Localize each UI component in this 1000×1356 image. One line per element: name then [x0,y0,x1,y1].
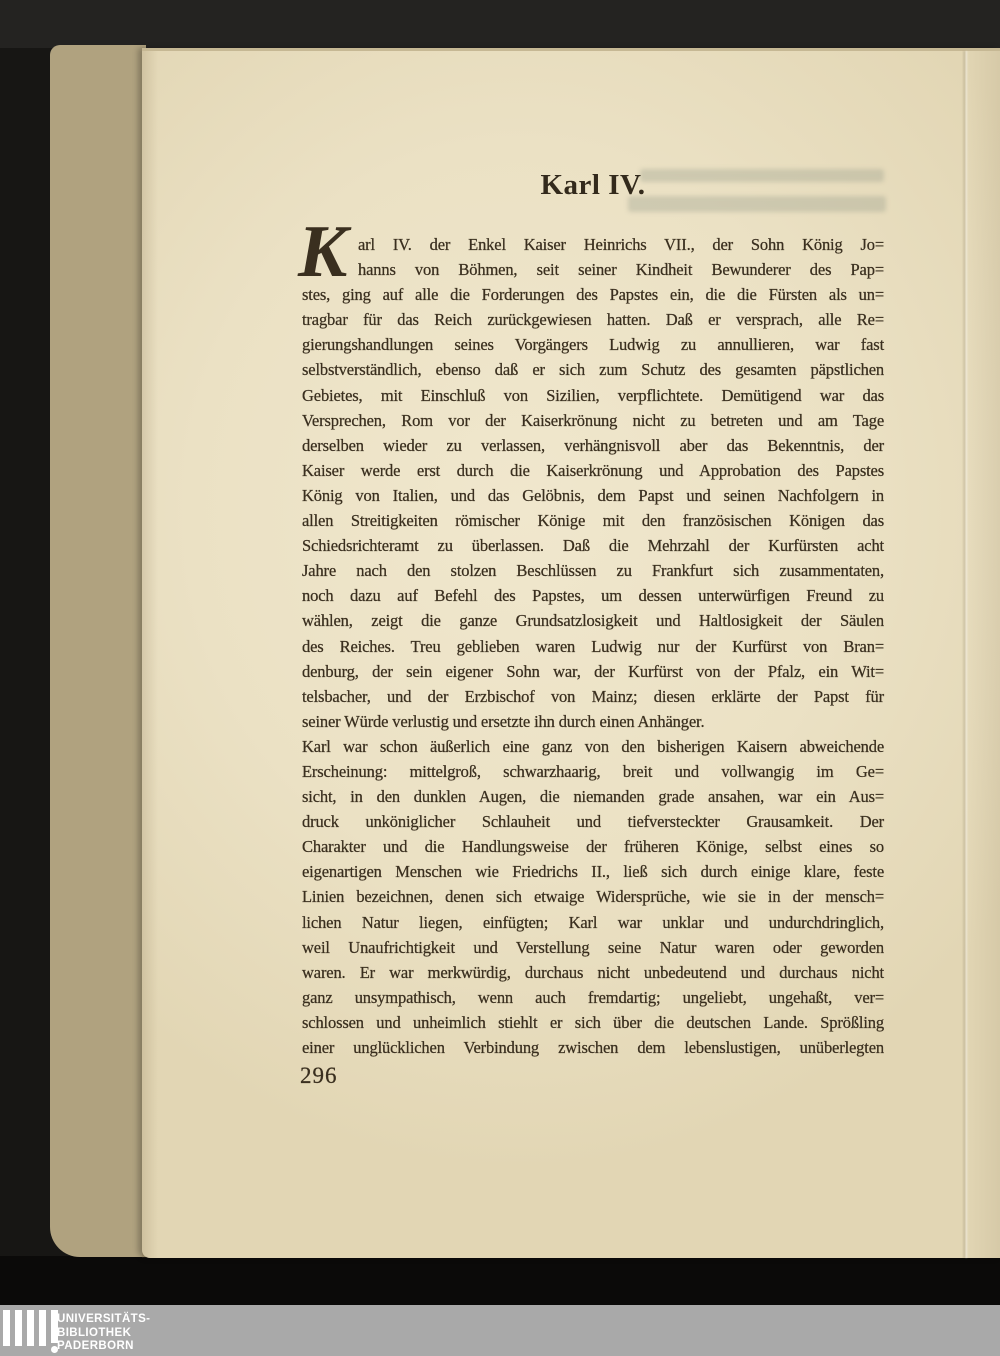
body-line: sicht, in den dunklen Augen, die niemand… [302,784,884,809]
body-line: denburg, der sein eigener Sohn war, der … [302,659,884,684]
body-line: wählen, zeigt die ganze Grundsatzlosigke… [302,608,884,633]
photo-background-top [0,0,1000,48]
book-page: Karl IV. K arl IV. der Enkel Kaiser Hein… [142,48,1000,1258]
body-line: schlossen und unheimlich stiehlt er sich… [302,1010,884,1035]
body-line: des Reiches. Treu geblieben waren Ludwig… [302,634,884,659]
body-line: lichen Natur liegen, einfügten; Karl war… [302,910,884,935]
body-line: weil Unaufrichtigkeit und Verstellung se… [302,935,884,960]
body-line: telsbacher, und der Erzbischof von Mainz… [302,684,884,709]
body-line: gierungshandlungen seines Vorgängers Lud… [302,332,884,357]
body-line: Versprechen, Rom vor der Kaiserkrönung n… [302,408,884,433]
body-line: hanns von Böhmen, seit seiner Kindheit B… [302,257,884,282]
body-line: allen Streitigkeiten römischer Könige mi… [302,508,884,533]
logo-bar [3,1310,10,1346]
body-text: arl IV. der Enkel Kaiser Heinrichs VII.,… [302,232,884,1060]
body-line: Kaiser werde erst durch die Kaiserkrönun… [302,458,884,483]
body-line: selbstverständlich, ebenso daß er sich z… [302,357,884,382]
body-line: arl IV. der Enkel Kaiser Heinrichs VII.,… [302,232,884,257]
logo-bar [39,1310,46,1346]
logo-bar [27,1310,34,1346]
body-line: noch dazu auf Befehl des Papstes, um des… [302,583,884,608]
body-line: waren. Er war merkwürdig, durchaus nicht… [302,960,884,985]
body-line: Jahre nach den stolzen Beschlüssen zu Fr… [302,558,884,583]
photo-background-bottom [0,1256,1000,1306]
library-name-line: PADERBORN [57,1340,150,1354]
page-gutter-shadow [966,51,1000,1258]
library-name: UNIVERSITÄTS- BIBLIOTHEK PADERBORN [57,1313,150,1354]
body-line: ganz unsympathisch, wenn auch fremdartig… [302,985,884,1010]
body-line: tragbar für das Reich zurückgewiesen hat… [302,307,884,332]
chapter-title: Karl IV. [302,169,884,202]
body-line: eigenartigen Menschen wie Friedrichs II.… [302,859,884,884]
library-watermark-bar: UNIVERSITÄTS- BIBLIOTHEK PADERBORN [0,1305,1000,1356]
body-line: Charakter und die Handlungsweise der frü… [302,834,884,859]
body-line: einer unglücklichen Verbindung zwischen … [302,1035,884,1060]
logo-bar [15,1310,22,1346]
body-line: Erscheinung: mittelgroß, schwarzhaarig, … [302,759,884,784]
page-left-shade [142,51,158,1258]
body-line: Linien bezeichnen, denen sich etwaige Wi… [302,884,884,909]
body-line: derselben wieder zu verlassen, verhängni… [302,433,884,458]
body-line: Karl war schon äußerlich eine ganz von d… [302,734,884,759]
scanned-book-photo: { "document": { "title": "Karl IV.", "dr… [0,0,1000,1356]
body-line: stes, ging auf alle die Forderungen des … [302,282,884,307]
body-line: seiner Würde verlustig und ersetzte ihn … [302,709,884,734]
ub-paderborn-bars-logo [3,1310,58,1353]
book-fore-edge-pages [50,45,146,1257]
library-name-line: UNIVERSITÄTS- [57,1313,150,1327]
body-line: König von Italien, und das Gelöbnis, dem… [302,483,884,508]
body-line: druck unköniglicher Schlauheit und tiefv… [302,809,884,834]
library-name-line: BIBLIOTHEK [57,1327,150,1341]
body-line: Gebietes, mit Einschluß von Sizilien, ve… [302,383,884,408]
page-number: 296 [300,1063,338,1089]
body-line: Schiedsrichteramt zu überlassen. Daß die… [302,533,884,558]
